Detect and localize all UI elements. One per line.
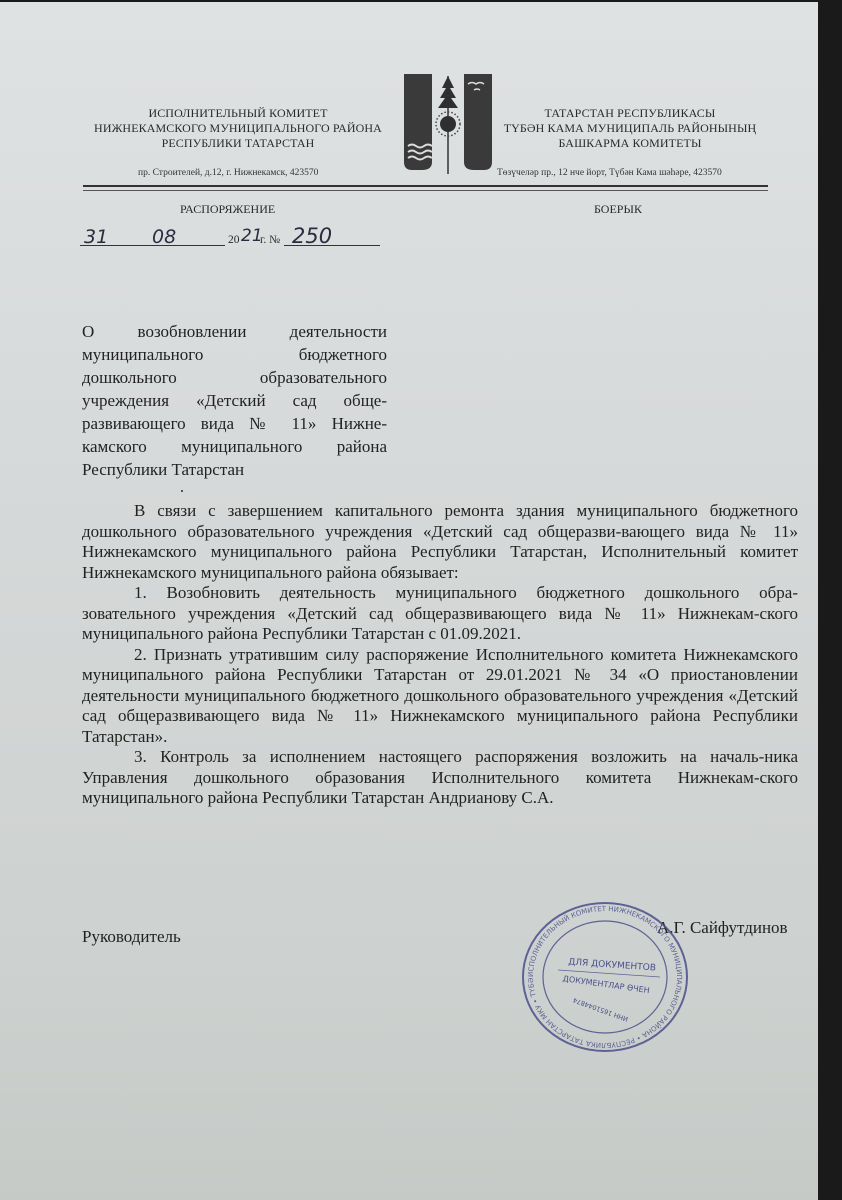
official-seal-icon: ИСПОЛНИТЕЛЬНЫЙ КОМИТЕТ НИЖНЕКАМСКОГО МУН… <box>510 897 700 1057</box>
order-item-3: 3. Контроль за исполнением настоящего ра… <box>82 747 798 809</box>
order-title-tatar: БОЕРЫК <box>594 202 642 217</box>
header-left-line-1: ИСПОЛНИТЕЛЬНЫЙ КОМИТЕТ <box>88 106 388 121</box>
order-body: В связи с завершением капитального ремон… <box>82 501 798 809</box>
header-left-line-2: НИЖНЕКАМСКОГО МУНИЦИПАЛЬНОГО РАЙОНА <box>88 121 388 136</box>
seal-center-line-1: ДЛЯ ДОКУМЕНТОВ <box>568 957 656 973</box>
paper-speck <box>181 490 183 492</box>
document-page: ИСПОЛНИТЕЛЬНЫЙ КОМИТЕТ НИЖНЕКАМСКОГО МУН… <box>0 2 818 1200</box>
year-prefix: 20 <box>228 234 240 246</box>
signatory-role: Руководитель <box>82 927 181 947</box>
seal-center-line-2: ДОКУМЕНТЛАР ӨЧЕН <box>562 974 650 995</box>
seal-inn: ИНН 1651044874 <box>572 996 629 1023</box>
order-item-1: 1. Возобновить деятельность муниципально… <box>82 583 798 645</box>
order-item-2: 2. Признать утратившим силу распоряжение… <box>82 645 798 748</box>
date-month: 08 <box>152 226 176 248</box>
header-right-tatar: ТАТАРСТАН РЕСПУБЛИКАСЫ ТҮБӘН КАМА МУНИЦИ… <box>480 106 780 151</box>
header-right-line-2: ТҮБӘН КАМА МУНИЦИПАЛЬ РАЙОНЫНЫҢ <box>480 121 780 136</box>
preamble: В связи с завершением капитального ремон… <box>82 501 798 583</box>
year-number-label: г. № <box>260 234 280 246</box>
order-title-russian: РАСПОРЯЖЕНИЕ <box>180 202 275 217</box>
date-day: 31 <box>84 226 108 248</box>
order-subject: О возобновлении деятельности муниципальн… <box>82 320 387 481</box>
header-left-russian: ИСПОЛНИТЕЛЬНЫЙ КОМИТЕТ НИЖНЕКАМСКОГО МУН… <box>88 106 388 151</box>
address-right: Төзүчеләр пр., 12 нче йорт, Түбән Кама ш… <box>497 168 722 178</box>
address-left: пр. Строителей, д.12, г. Нижнекамск, 423… <box>138 168 318 178</box>
date-number-line: 31 08 20 21 г. № 250 <box>80 226 380 250</box>
header-left-line-3: РЕСПУБЛИКИ ТАТАРСТАН <box>88 136 388 151</box>
header-divider <box>83 185 768 191</box>
header-right-line-3: БАШКАРМА КОМИТЕТЫ <box>480 136 780 151</box>
order-number: 250 <box>292 224 332 248</box>
header-right-line-1: ТАТАРСТАН РЕСПУБЛИКАСЫ <box>480 106 780 121</box>
